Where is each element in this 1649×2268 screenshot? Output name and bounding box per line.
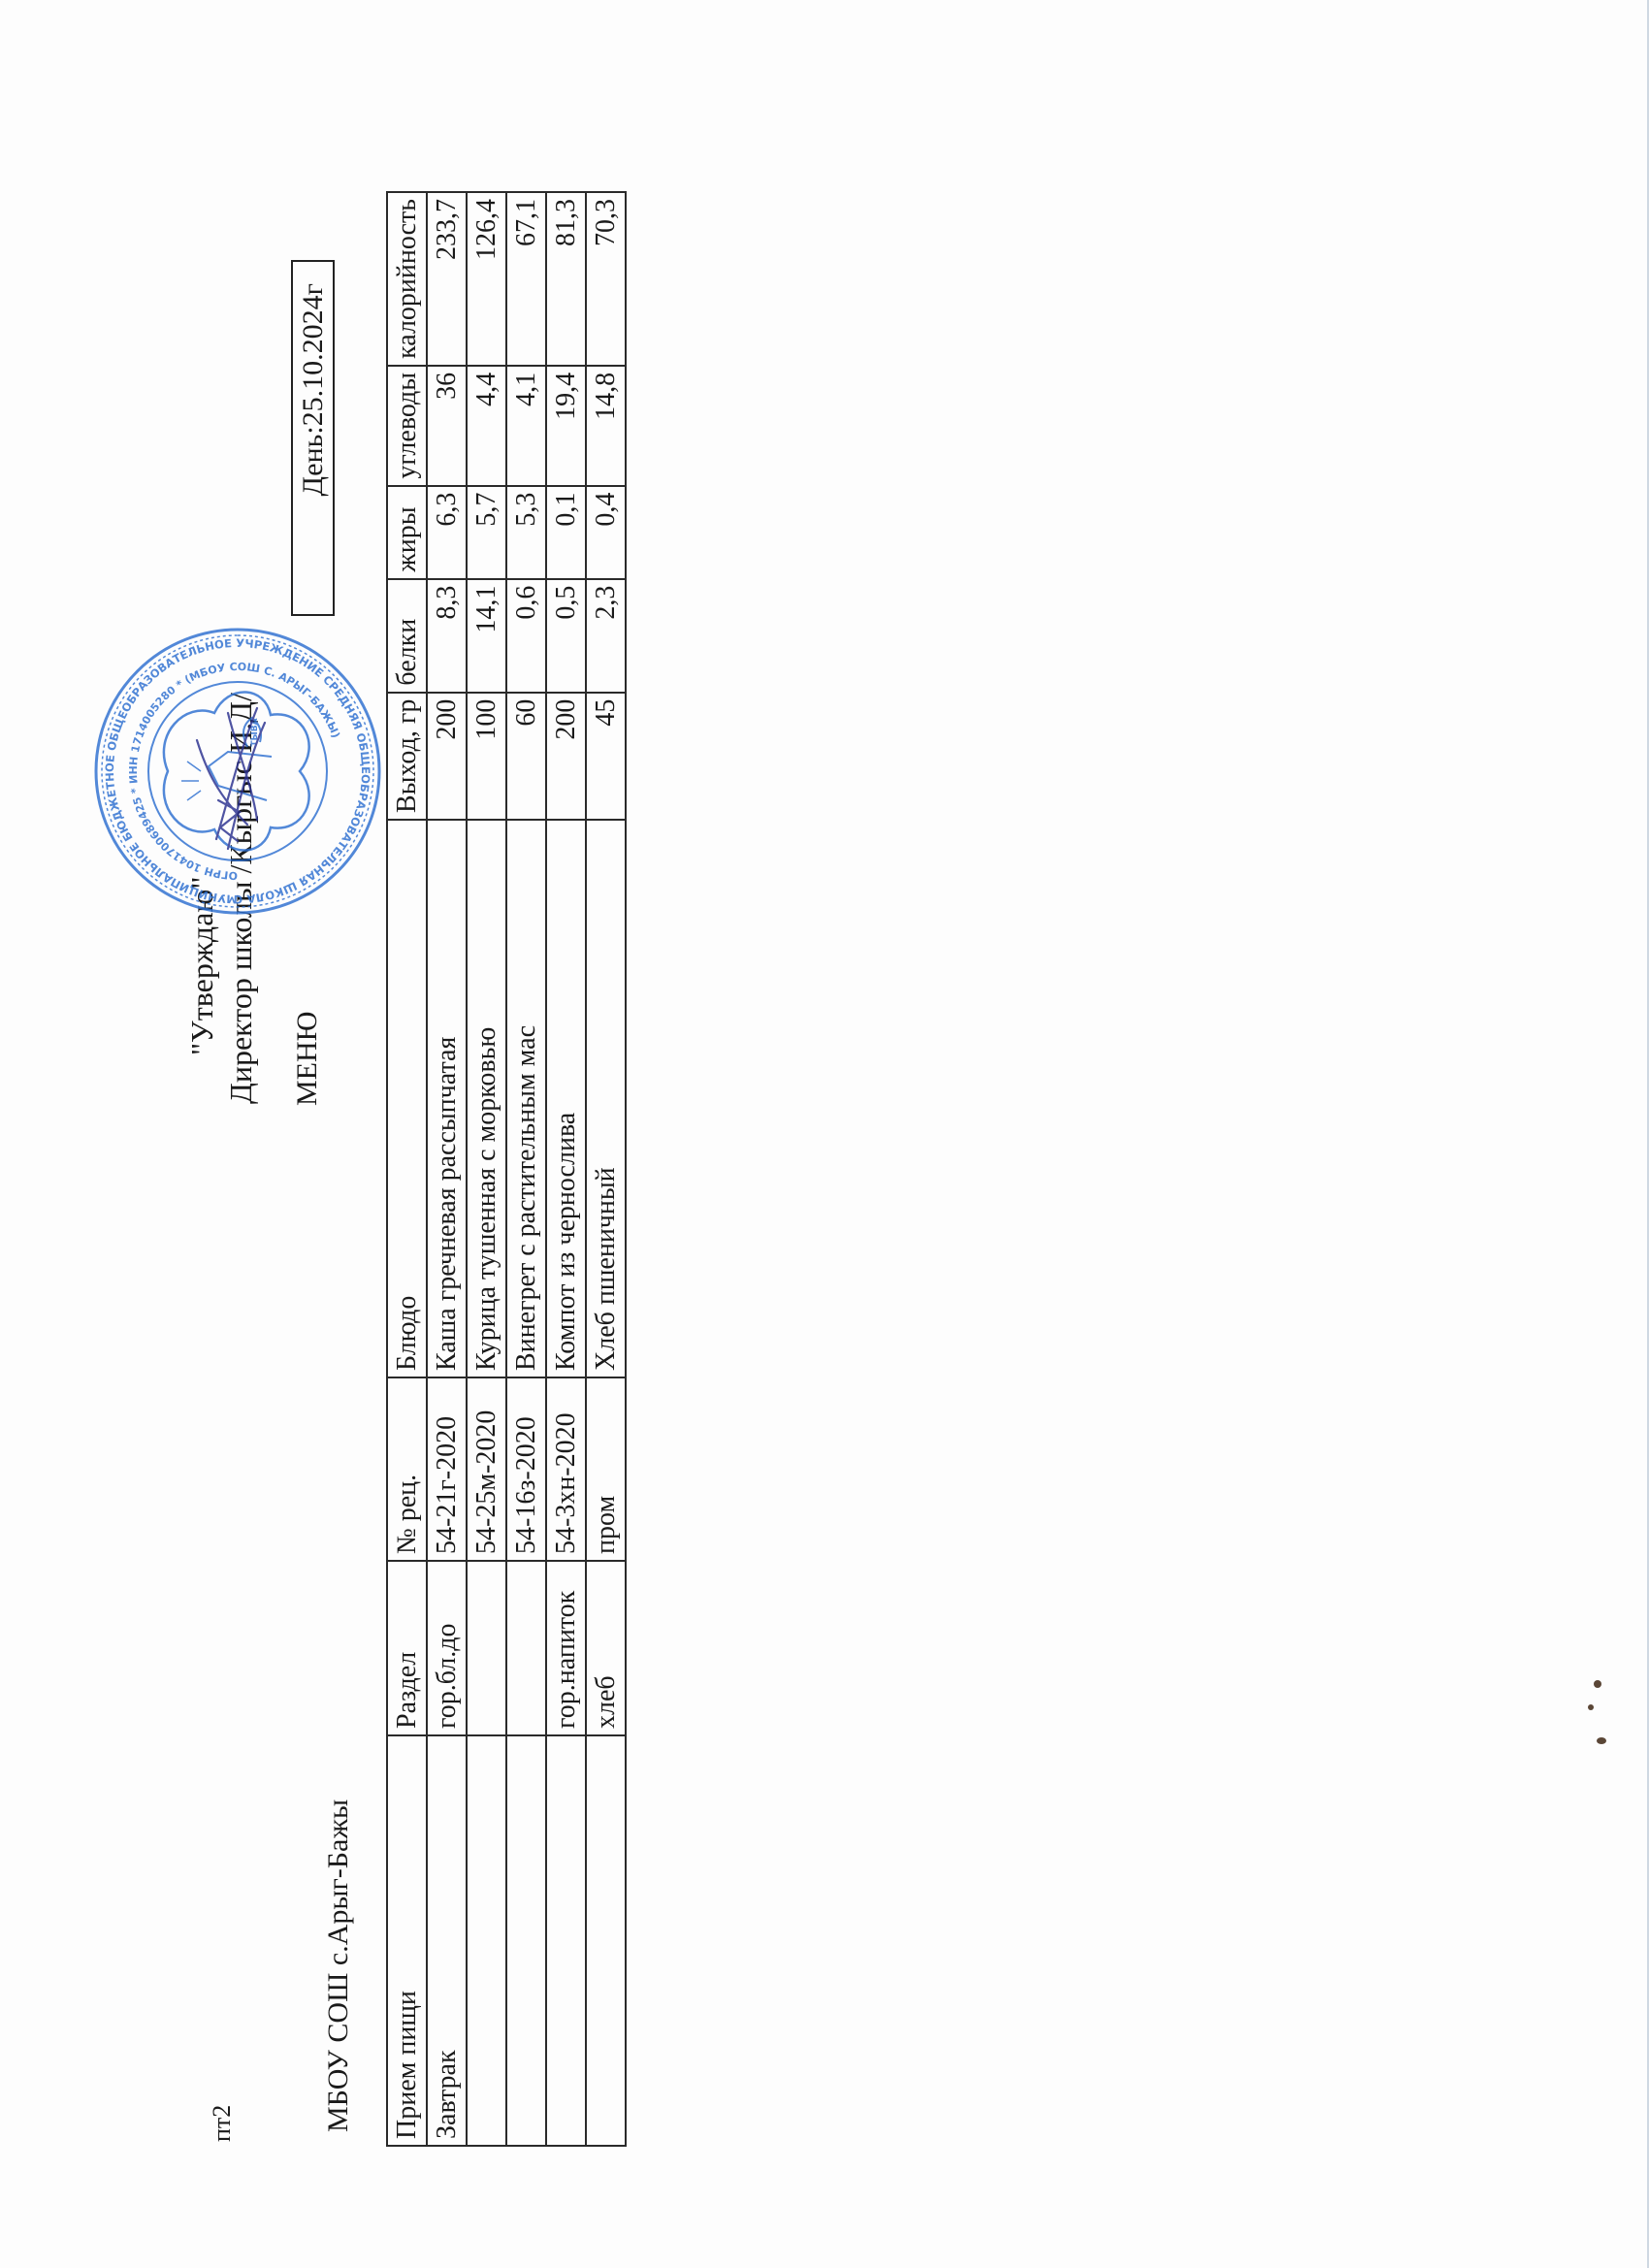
director-signature-line: Директор школы /Кыргыс И.Д/ (223, 693, 259, 1104)
cell-yield: 200 (427, 693, 467, 820)
cell-fat: 6,3 (427, 486, 467, 579)
cell-calories: 81,3 (546, 192, 586, 366)
cell-protein: 14,1 (467, 579, 506, 693)
scan-speck (1597, 1737, 1606, 1744)
cell-calories: 67,1 (506, 192, 546, 366)
header-dish: Блюдо (387, 820, 427, 1377)
cell-protein: 0,6 (506, 579, 546, 693)
scan-speck (1594, 1680, 1601, 1688)
cell-section (467, 1561, 506, 1735)
cell-meal: Завтрак (427, 1735, 467, 2146)
cell-fat: 5,3 (506, 486, 546, 579)
scan-speck (1588, 1704, 1594, 1710)
header-protein: белки (387, 579, 427, 693)
header-calories: калорийность (387, 192, 427, 366)
cell-carbs: 4,1 (506, 366, 546, 486)
cell-meal (506, 1735, 546, 2146)
cell-yield: 100 (467, 693, 506, 820)
header-yield: Выход, гр (387, 693, 427, 820)
scanned-menu-page: пт2 "Утверждаю" Директор школы /Кыргыс И… (0, 0, 1649, 2268)
cell-section: гор.напиток (546, 1561, 586, 1735)
cell-yield: 60 (506, 693, 546, 820)
cell-carbs: 4,4 (467, 366, 506, 486)
table-row: 54-16з-2020Винегрет с растительным мас60… (506, 192, 546, 2146)
cell-recipe: 54-21г-2020 (427, 1377, 467, 1561)
header-carbs: углеводы (387, 366, 427, 486)
table-row: хлебпромХлеб пшеничный452,30,414,870,3 (586, 192, 626, 2146)
header-fat: жиры (387, 486, 427, 579)
cell-protein: 0,5 (546, 579, 586, 693)
cell-dish: Компот из чернослива (546, 820, 586, 1377)
school-name: МБОУ СОШ с.Арыг-Бажы (322, 1799, 355, 2132)
cell-calories: 126,4 (467, 192, 506, 366)
cell-dish: Хлеб пшеничный (586, 820, 626, 1377)
cell-recipe: 54-3хн-2020 (546, 1377, 586, 1561)
cell-dish: Каша гречневая рассыпчатая (427, 820, 467, 1377)
cell-section (506, 1561, 546, 1735)
cell-dish: Курица тушенная с морковью (467, 820, 506, 1377)
cell-fat: 0,1 (546, 486, 586, 579)
cell-protein: 2,3 (586, 579, 626, 693)
cell-yield: 45 (586, 693, 626, 820)
cell-recipe: 54-25м-2020 (467, 1377, 506, 1561)
cell-section: гор.бл.до (427, 1561, 467, 1735)
cell-meal (586, 1735, 626, 2146)
cell-carbs: 19,4 (546, 366, 586, 486)
cell-protein: 8,3 (427, 579, 467, 693)
cell-section: хлеб (586, 1561, 626, 1735)
table-row: Завтракгор.бл.до54-21г-2020Каша гречнева… (427, 192, 467, 2146)
cell-meal (467, 1735, 506, 2146)
cell-fat: 0,4 (586, 486, 626, 579)
table-row: 54-25м-2020Курица тушенная с морковью100… (467, 192, 506, 2146)
cell-recipe: 54-16з-2020 (506, 1377, 546, 1561)
approval-label: "Утверждаю" (184, 877, 220, 1055)
cell-meal (546, 1735, 586, 2146)
table-header-row: Прием пищи Раздел № рец. Блюдо Выход, гр… (387, 192, 427, 2146)
cell-recipe: пром (586, 1377, 626, 1561)
cell-calories: 233,7 (427, 192, 467, 366)
menu-table: Прием пищи Раздел № рец. Блюдо Выход, гр… (386, 191, 627, 2147)
cell-carbs: 36 (427, 366, 467, 486)
cell-yield: 200 (546, 693, 586, 820)
cell-dish: Винегрет с растительным мас (506, 820, 546, 1377)
cell-fat: 5,7 (467, 486, 506, 579)
corner-label: пт2 (208, 2105, 237, 2142)
table-row: гор.напиток54-3хн-2020Компот из черносли… (546, 192, 586, 2146)
document-title: МЕНЮ (291, 1012, 324, 1107)
day-date-box: День:25.10.2024г (291, 260, 335, 616)
header-meal: Прием пищи (387, 1735, 427, 2146)
header-section: Раздел (387, 1561, 427, 1735)
header-recipe: № рец. (387, 1377, 427, 1561)
cell-calories: 70,3 (586, 192, 626, 366)
cell-carbs: 14,8 (586, 366, 626, 486)
